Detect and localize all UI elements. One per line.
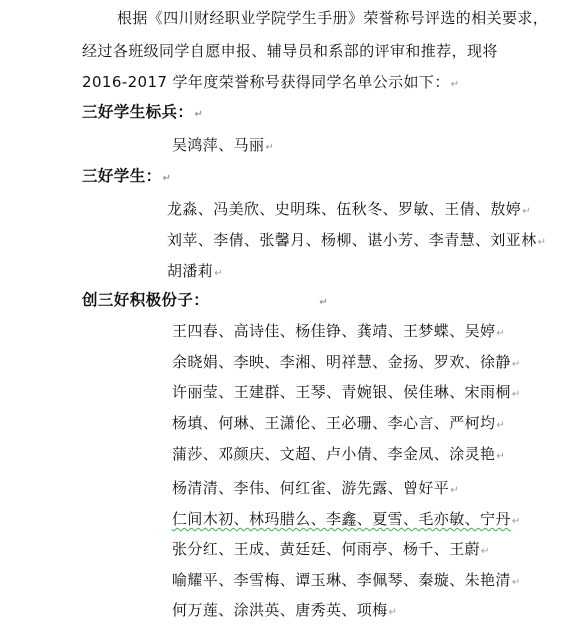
intro-text: 2016-2017 学年度荣誉称号获得同学名单公示如下： (82, 73, 450, 91)
names-text: 喻耀平、李雪梅、谭玉琳、李佩琴、秦璇、朱艳清 (172, 571, 511, 589)
intro-line-2: 经过各班级同学自愿申报、辅导员和系部的评审和推荐，现将 (82, 41, 498, 61)
paragraph-mark-icon: ↵ (451, 79, 460, 90)
paragraph-mark-icon: ↵ (450, 485, 459, 496)
names-text: 许丽莹、王建群、王琴、青婉银、侯佳琳、宋雨桐 (172, 383, 511, 401)
name-row: 刘苹、李倩、张馨月、杨柳、谌小芳、李青慧、刘亚林↵ (167, 230, 546, 253)
name-row: 仁间木初、林玛腊么、李鑫、夏雪、毛亦敏、宁丹↵ (172, 509, 521, 532)
paragraph-mark-icon: ↵ (512, 577, 521, 588)
name-row: 喻耀平、李雪梅、谭玉琳、李佩琴、秦璇、朱艳清↵ (172, 570, 521, 593)
names-text: 仁间木初、林玛腊么、李鑫、夏雪、毛亦敏、宁丹 (172, 510, 511, 528)
names-text: 张分红、王成、黄廷廷、何雨亭、杨千、王蔚 (172, 540, 480, 558)
paragraph-mark-icon: ↵ (512, 516, 521, 527)
paragraph-mark-icon: ↵ (214, 268, 223, 279)
name-row: 吴鸿萍、马丽↵ (172, 135, 274, 158)
names-text: 王四春、高诗佳、杨佳铮、龚靖、王梦蝶、吴婷 (172, 322, 495, 340)
name-row: 杨填、何琳、王潇伦、王必珊、李心言、严柯均↵ (172, 413, 505, 436)
names-text: 龙淼、冯美欣、史明珠、伍秋冬、罗敏、王倩、敖婷 (167, 200, 521, 218)
heading-text: 创三好积极份子： (82, 291, 209, 309)
names-text: 杨填、何琳、王潇伦、王必珊、李心言、严柯均 (172, 414, 495, 432)
name-row: 余晓娟、李映、李湘、明祥慧、金扬、罗欢、徐静↵ (172, 352, 521, 375)
name-row: 张分红、王成、黄廷廷、何雨亭、杨千、王蔚↵ (172, 539, 490, 562)
names-text: 刘苹、李倩、张馨月、杨柳、谌小芳、李青慧、刘亚林 (167, 231, 537, 249)
names-text: 杨清清、李伟、何红雀、游先露、曾好平 (172, 479, 449, 497)
heading-text: 三好学生标兵： (82, 103, 193, 121)
heading-text: 三好学生： (82, 167, 162, 185)
names-text: 胡潘莉 (167, 262, 213, 280)
name-row: 蒲莎、邓颜庆、文超、卢小倩、李金凤、涂灵艳↵ (172, 444, 505, 467)
section-heading-merit-student: 三好学生：↵ (82, 166, 171, 189)
names-text: 余晓娟、李映、李湘、明祥慧、金扬、罗欢、徐静 (172, 353, 511, 371)
paragraph-mark-icon: ↵ (496, 420, 505, 431)
paragraph-mark-icon: ↵ (265, 142, 274, 153)
intro-line-1: 根据《四川财经职业学院学生手册》荣誉称号评选的相关要求， (117, 8, 548, 28)
intro-text: 经过各班级同学自愿申报、辅导员和系部的评审和推荐，现将 (82, 42, 498, 60)
name-row: 杨清清、李伟、何红雀、游先露、曾好平↵ (172, 478, 459, 501)
section-heading-merit-model: 三好学生标兵：↵ (82, 102, 203, 125)
section-heading-active-member: 创三好积极份子：↵ (82, 290, 328, 313)
name-row: 龙淼、冯美欣、史明珠、伍秋冬、罗敏、王倩、敖婷↵ (167, 199, 531, 222)
paragraph-mark-icon: ↵ (194, 109, 203, 120)
names-text: 吴鸿萍、马丽 (172, 136, 264, 154)
paragraph-mark-icon: ↵ (319, 297, 328, 308)
names-text: 蒲莎、邓颜庆、文超、卢小倩、李金凤、涂灵艳 (172, 445, 495, 463)
paragraph-mark-icon: ↵ (481, 546, 490, 557)
intro-line-3: 2016-2017 学年度荣誉称号获得同学名单公示如下：↵ (82, 72, 460, 95)
paragraph-mark-icon: ↵ (163, 173, 172, 184)
name-row: 何万莲、涂洪英、唐秀英、项梅↵ (172, 600, 397, 623)
name-row: 许丽莹、王建群、王琴、青婉银、侯佳琳、宋雨桐↵ (172, 382, 521, 405)
paragraph-mark-icon: ↵ (389, 607, 398, 618)
name-row: 王四春、高诗佳、杨佳铮、龚靖、王梦蝶、吴婷↵ (172, 321, 505, 344)
names-text: 何万莲、涂洪英、唐秀英、项梅 (172, 601, 388, 619)
paragraph-mark-icon: ↵ (512, 389, 521, 400)
name-row: 胡潘莉↵ (167, 261, 223, 284)
paragraph-mark-icon: ↵ (522, 206, 531, 217)
paragraph-mark-icon: ↵ (496, 451, 505, 462)
paragraph-mark-icon: ↵ (512, 359, 521, 370)
paragraph-mark-icon: ↵ (538, 237, 547, 248)
paragraph-mark-icon: ↵ (496, 328, 505, 339)
intro-text: 根据《四川财经职业学院学生手册》荣誉称号评选的相关要求， (117, 9, 548, 27)
